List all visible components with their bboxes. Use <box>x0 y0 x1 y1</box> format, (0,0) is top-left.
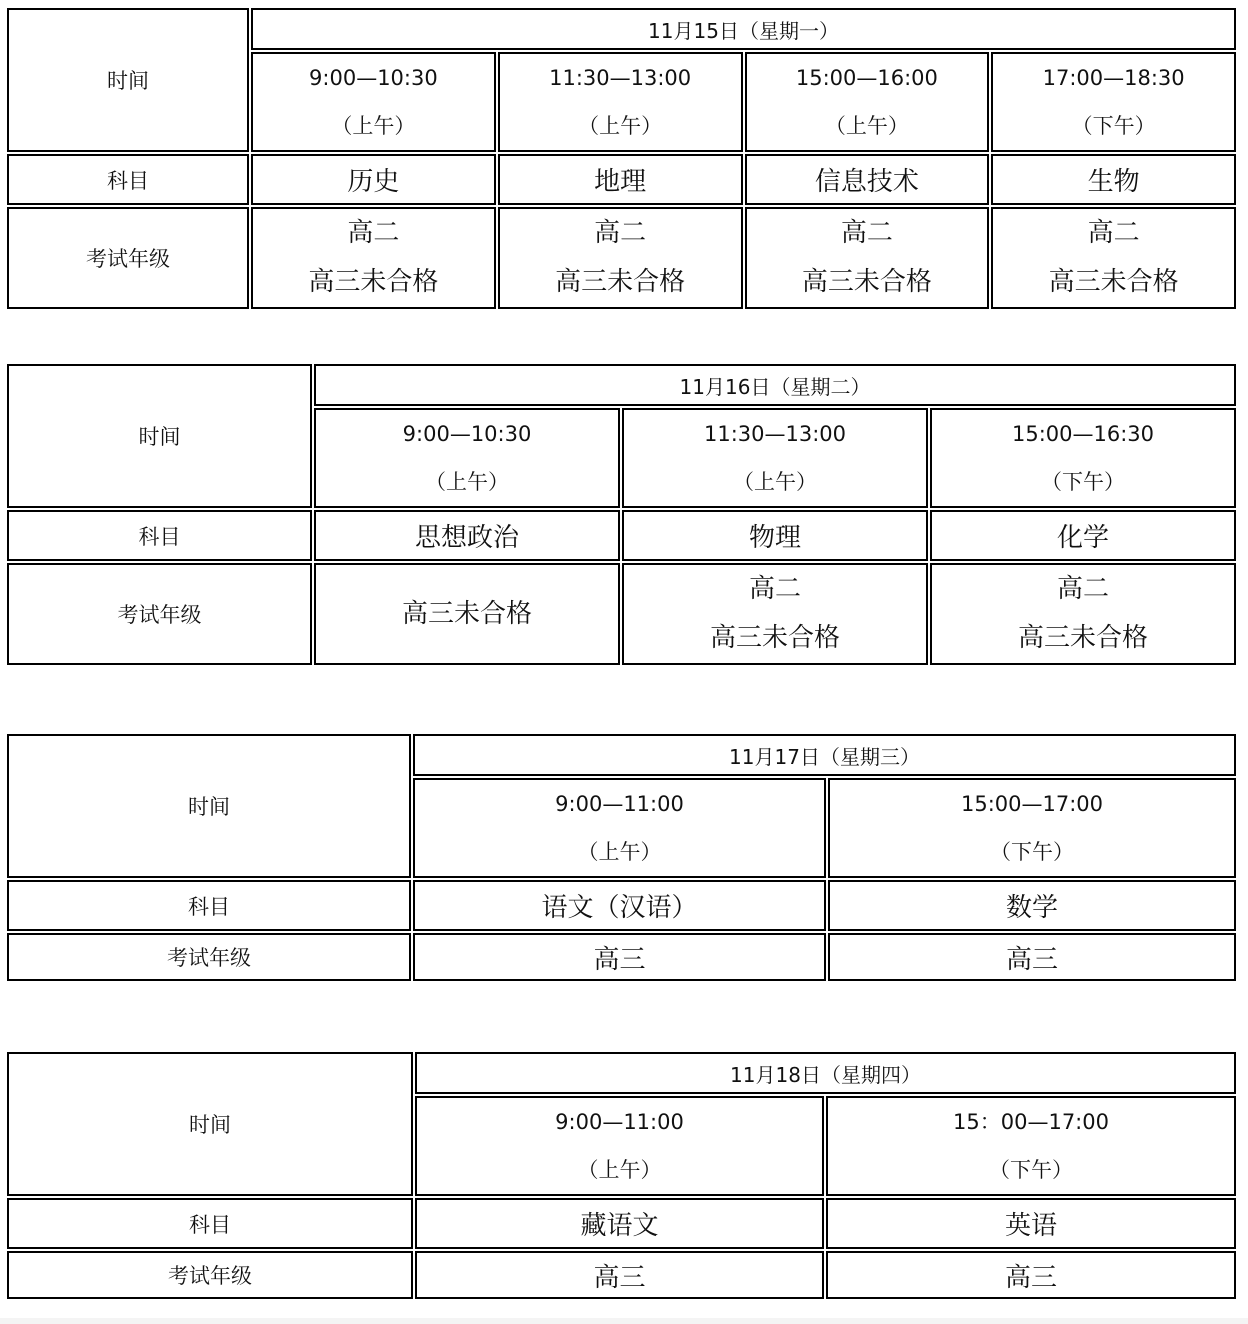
row-label-grade: 考试年级 <box>7 933 411 981</box>
subject-cell: 化学 <box>930 510 1236 561</box>
time-slot: 9:00—10:30（上午） <box>314 408 620 508</box>
date-header: 11月15日（星期一） <box>251 8 1236 50</box>
row-label-subject: 科目 <box>7 510 312 561</box>
subject-cell: 信息技术 <box>745 154 990 205</box>
row-label-subject: 科目 <box>7 154 249 205</box>
grade-cell: 高三未合格 <box>314 563 620 665</box>
row-label-time: 时间 <box>7 1052 413 1196</box>
subject-cell: 数学 <box>828 880 1236 931</box>
row-label-subject: 科目 <box>7 1198 413 1249</box>
grade-cell: 高三 <box>826 1251 1236 1299</box>
grade-cell: 高三 <box>828 933 1236 981</box>
time-slot: 9:00—11:00（上午） <box>413 778 826 878</box>
row-label-grade: 考试年级 <box>7 207 249 309</box>
schedule-table-day-1: 时间 11月15日（星期一） 9:00—10:30（上午） 11:30—13:0… <box>5 6 1238 311</box>
time-slot: 17:00—18:30（下午） <box>991 52 1236 152</box>
grade-cell: 高二高三未合格 <box>622 563 928 665</box>
schedule-table-day-2: 时间 11月16日（星期二） 9:00—10:30（上午） 11:30—13:0… <box>5 362 1238 667</box>
time-slot: 9:00—10:30（上午） <box>251 52 496 152</box>
grade-cell: 高三 <box>415 1251 824 1299</box>
date-header: 11月17日（星期三） <box>413 734 1236 776</box>
time-slot: 9:00—11:00（上午） <box>415 1096 824 1196</box>
date-header: 11月18日（星期四） <box>415 1052 1236 1094</box>
row-label-time: 时间 <box>7 364 312 508</box>
time-slot: 15:00—16:30（下午） <box>930 408 1236 508</box>
row-label-grade: 考试年级 <box>7 1251 413 1299</box>
date-header: 11月16日（星期二） <box>314 364 1236 406</box>
schedule-table-day-3: 时间 11月17日（星期三） 9:00—11:00（上午） 15:00—17:0… <box>5 732 1238 983</box>
time-slot: 15:00—16:00（上午） <box>745 52 990 152</box>
row-label-time: 时间 <box>7 734 411 878</box>
grade-cell: 高二高三未合格 <box>930 563 1236 665</box>
subject-cell: 思想政治 <box>314 510 620 561</box>
row-label-subject: 科目 <box>7 880 411 931</box>
subject-cell: 物理 <box>622 510 928 561</box>
grade-cell: 高二高三未合格 <box>498 207 743 309</box>
subject-cell: 地理 <box>498 154 743 205</box>
grade-cell: 高二高三未合格 <box>251 207 496 309</box>
subject-cell: 英语 <box>826 1198 1236 1249</box>
grade-cell: 高二高三未合格 <box>991 207 1236 309</box>
grade-cell: 高三 <box>413 933 826 981</box>
subject-cell: 藏语文 <box>415 1198 824 1249</box>
subject-cell: 历史 <box>251 154 496 205</box>
row-label-time: 时间 <box>7 8 249 152</box>
time-slot: 15:00—17:00（下午） <box>828 778 1236 878</box>
page-bottom-edge <box>0 1318 1248 1324</box>
schedule-table-day-4: 时间 11月18日（星期四） 9:00—11:00（上午） 15：00—17:0… <box>5 1050 1238 1301</box>
subject-cell: 语文（汉语） <box>413 880 826 931</box>
time-slot: 11:30—13:00（上午） <box>622 408 928 508</box>
time-slot: 15：00—17:00（下午） <box>826 1096 1236 1196</box>
subject-cell: 生物 <box>991 154 1236 205</box>
time-slot: 11:30—13:00（上午） <box>498 52 743 152</box>
row-label-grade: 考试年级 <box>7 563 312 665</box>
grade-cell: 高二高三未合格 <box>745 207 990 309</box>
